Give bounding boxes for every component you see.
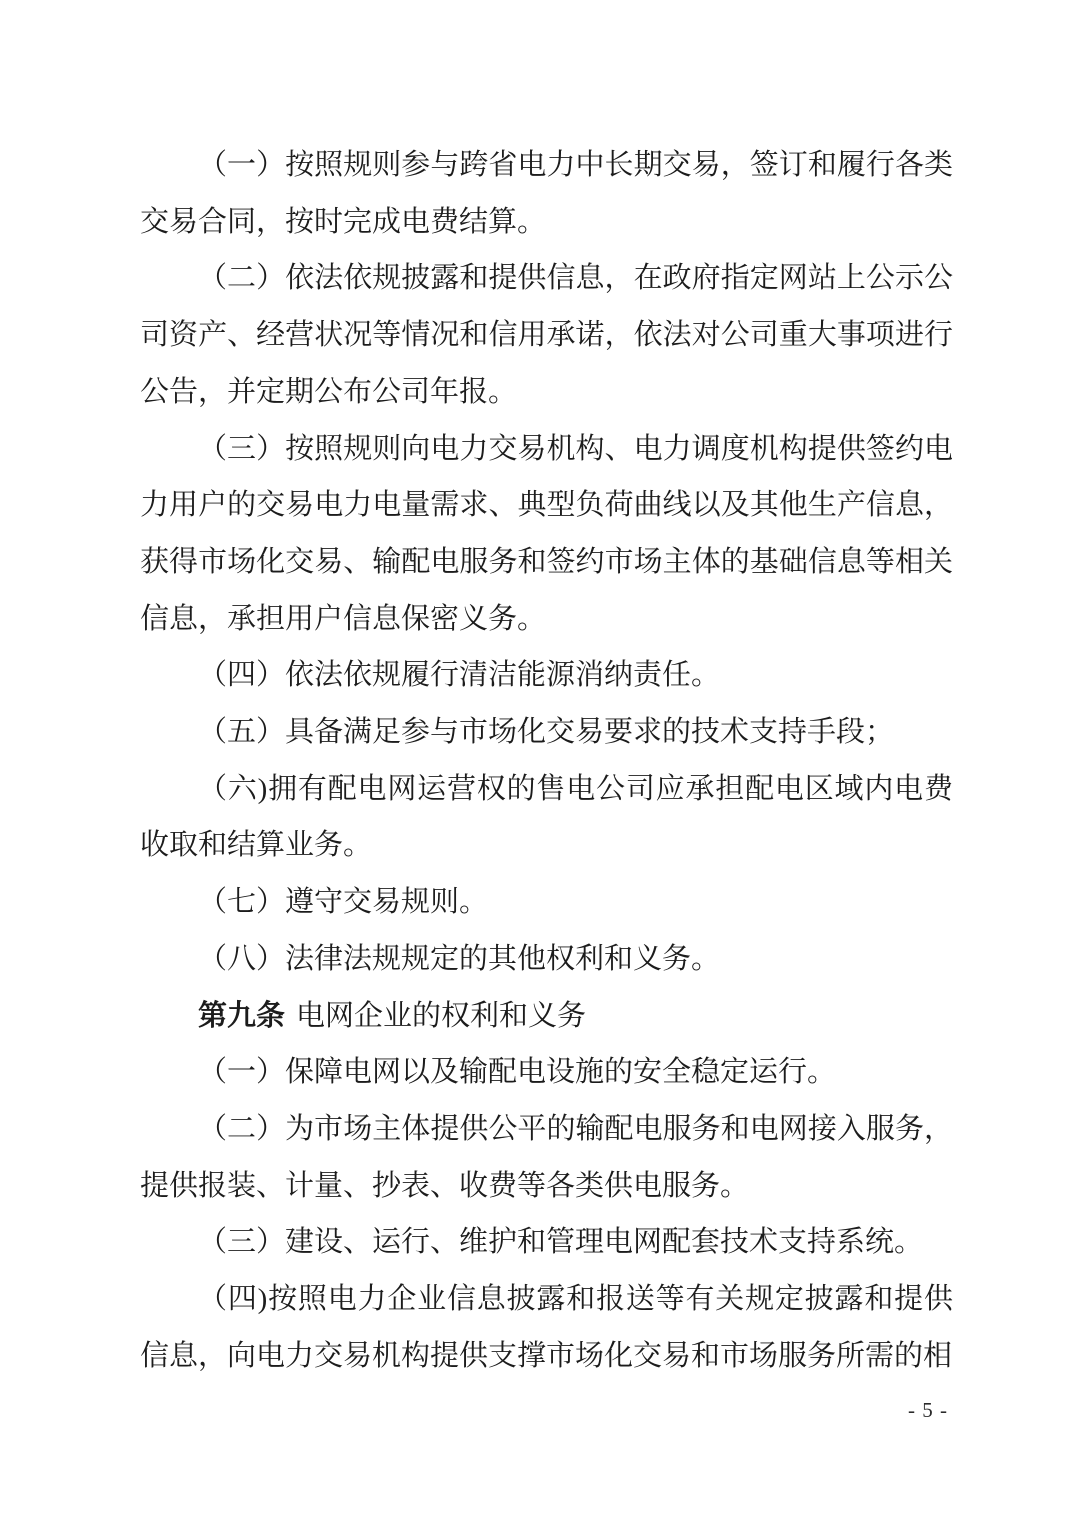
clause-paragraph: （三）建设、运行、维护和管理电网配套技术支持系统。	[140, 1214, 953, 1271]
clause-paragraph: （四）依法依规履行清洁能源消纳责任。	[140, 647, 953, 704]
document-body: （一）按照规则参与跨省电力中长期交易，签订和履行各类交易合同，按时完成电费结算。…	[140, 137, 953, 1384]
clause-paragraph: （三）按照规则向电力交易机构、电力调度机构提供签约电力用户的交易电力电量需求、典…	[140, 421, 953, 648]
clause-paragraph: （八）法律法规规定的其他权利和义务。	[140, 931, 953, 988]
clause-paragraph: （四)按照电力企业信息披露和报送等有关规定披露和提供信息，向电力交易机构提供支撑…	[140, 1271, 953, 1384]
clause-paragraph: （二）依法依规披露和提供信息，在政府指定网站上公示公司资产、经营状况等情况和信用…	[140, 250, 953, 420]
clause-paragraph: （五）具备满足参与市场化交易要求的技术支持手段；	[140, 704, 953, 761]
article-title: 电网企业的权利和义务	[296, 1000, 586, 1032]
clause-paragraph: （一）按照规则参与跨省电力中长期交易，签订和履行各类交易合同，按时完成电费结算。	[140, 137, 953, 250]
clause-paragraph: （二）为市场主体提供公平的输配电服务和电网接入服务，提供报装、计量、抄表、收费等…	[140, 1101, 953, 1214]
clause-paragraph: （七）遵守交易规则。	[140, 874, 953, 931]
article-number: 第九条	[198, 1000, 285, 1032]
article-heading: 第九条电网企业的权利和义务	[140, 988, 953, 1045]
document-page: （一）按照规则参与跨省电力中长期交易，签订和履行各类交易合同，按时完成电费结算。…	[0, 0, 1080, 1527]
clause-paragraph: （一）保障电网以及输配电设施的安全稳定运行。	[140, 1044, 953, 1101]
page-number: - 5 -	[908, 1398, 948, 1423]
clause-paragraph: （六)拥有配电网运营权的售电公司应承担配电区域内电费收取和结算业务。	[140, 761, 953, 874]
